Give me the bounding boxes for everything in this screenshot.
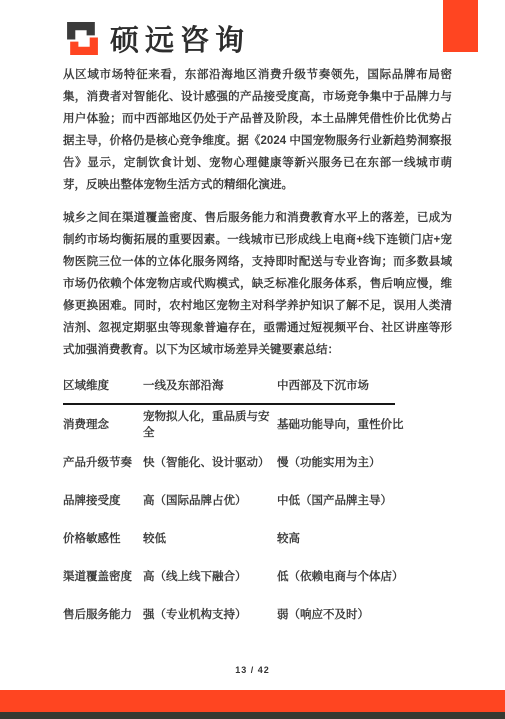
table-cell: 基础功能导向，重性价比 (277, 416, 452, 432)
brand-logo-text: 硕远咨询 (110, 18, 250, 59)
table-header-row: 区域维度 一线及东部沿海 中西部及下沉市场 (63, 370, 452, 400)
table-row: 消费理念 宠物拟人化，重品质与安全 基础功能导向，重性价比 (63, 405, 452, 443)
table-cell: 价格敏感性 (63, 530, 143, 546)
top-right-accent-bar (443, 0, 478, 52)
paragraph-urban-rural-gap: 城乡之间在渠道覆盖密度、售后服务能力和消费教育水平上的落差，已成为制约市场均衡拓… (63, 207, 452, 361)
table-cell: 较低 (143, 530, 277, 546)
footer-dark-bar (0, 712, 505, 719)
table-body: 消费理念 宠物拟人化，重品质与安全 基础功能导向，重性价比 产品升级节奏 快（智… (63, 405, 452, 633)
table-row: 品牌接受度 高（国际品牌占优） 中低（国产品牌主导） (63, 481, 452, 519)
table-cell: 宠物拟人化，重品质与安全 (143, 408, 277, 440)
table-cell: 慢（功能实用为主） (277, 454, 452, 470)
table-cell: 售后服务能力 (63, 606, 143, 622)
table-cell: 弱（响应不及时） (277, 606, 452, 622)
page-number: 13 / 42 (0, 665, 505, 675)
table-cell: 消费理念 (63, 416, 143, 432)
table-header-midwest: 中西部及下沉市场 (277, 377, 452, 393)
table-row: 售后服务能力 强（专业机构支持） 弱（响应不及时） (63, 595, 452, 633)
table-cell: 高（线上线下融合） (143, 568, 277, 584)
brand-logo: 硕远咨询 (64, 18, 250, 59)
footer-accent-bar (0, 690, 505, 712)
paragraph-region-overview: 从区域市场特征来看，东部沿海地区消费升级节奏领先，国际品牌布局密集，消费者对智能… (63, 64, 452, 196)
table-row: 产品升级节奏 快（智能化、设计驱动） 慢（功能实用为主） (63, 443, 452, 481)
brand-logo-icon (64, 20, 101, 57)
table-cell: 快（智能化、设计驱动） (143, 454, 277, 470)
table-cell: 低（依赖电商与个体店） (277, 568, 452, 584)
table-cell: 品牌接受度 (63, 492, 143, 508)
table-header-east: 一线及东部沿海 (143, 377, 277, 393)
table-cell: 产品升级节奏 (63, 454, 143, 470)
table-row: 渠道覆盖密度 高（线上线下融合） 低（依赖电商与个体店） (63, 557, 452, 595)
table-row: 价格敏感性 较低 较高 (63, 519, 452, 557)
table-header-dimension: 区域维度 (63, 377, 143, 393)
report-page: 硕远咨询 从区域市场特征来看，东部沿海地区消费升级节奏领先，国际品牌布局密集，消… (0, 0, 505, 719)
table-cell: 高（国际品牌占优） (143, 492, 277, 508)
region-comparison-table: 区域维度 一线及东部沿海 中西部及下沉市场 消费理念 宠物拟人化，重品质与安全 … (63, 370, 452, 633)
table-cell: 中低（国产品牌主导） (277, 492, 452, 508)
table-cell: 强（专业机构支持） (143, 606, 277, 622)
table-cell: 渠道覆盖密度 (63, 568, 143, 584)
table-cell: 较高 (277, 530, 452, 546)
